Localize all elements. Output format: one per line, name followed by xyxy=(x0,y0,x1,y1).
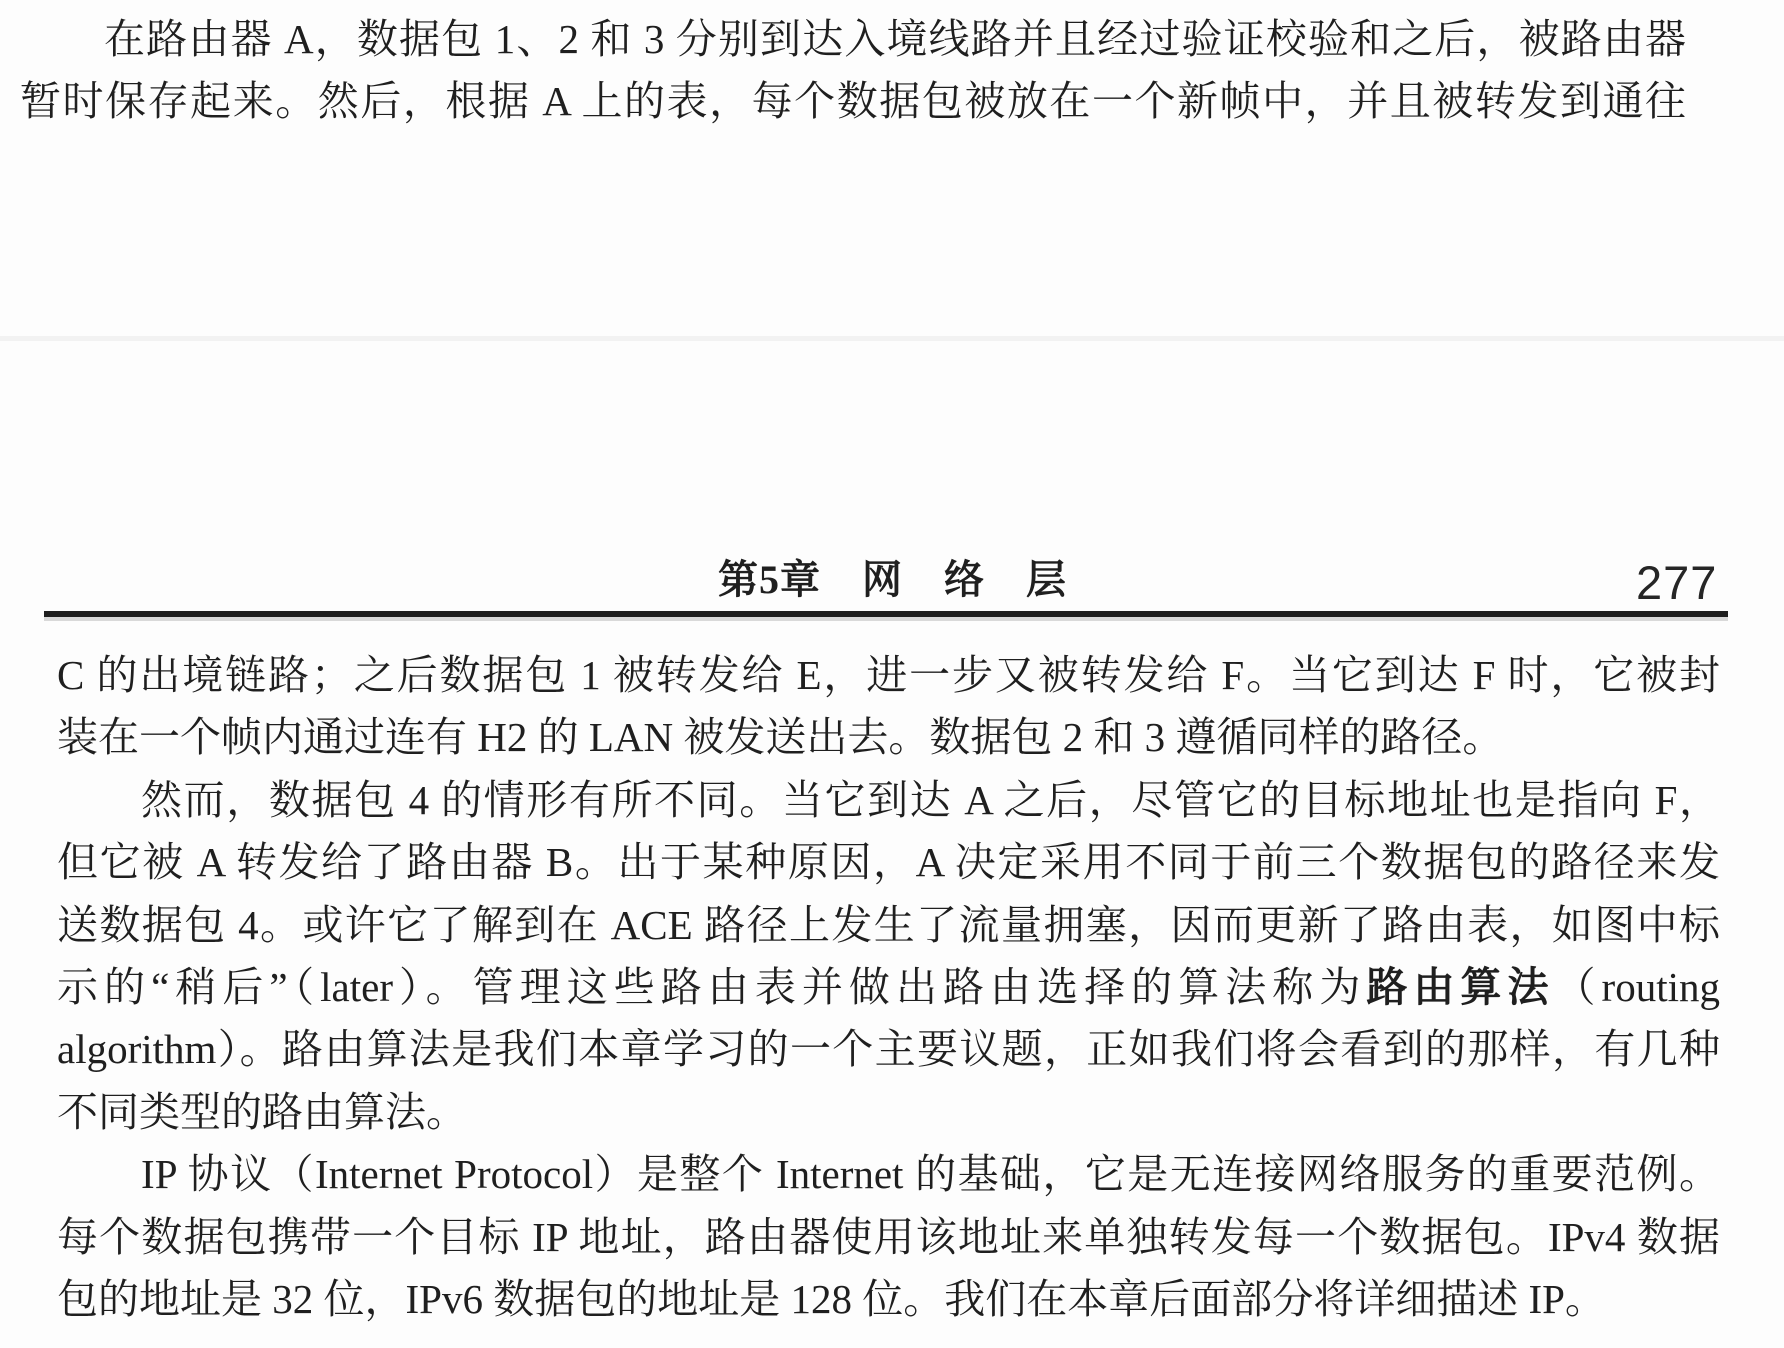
text-line: 送数据包 4。或许它了解到在 ACE 路径上发生了流量拥塞，因而更新了路由表，如… xyxy=(57,894,1720,956)
text-segment: 每个数据包携带一个目标 IP 地址，路由器使用该地址来单独转发每一个数据包。IP… xyxy=(57,1214,1720,1260)
text-segment: 装在一个帧内通过连有 H2 的 LAN 被发送出去。数据包 2 和 3 遵循同样… xyxy=(57,714,1503,760)
scanned-book-page: 在路由器 A，数据包 1、2 和 3 分别到达入境线路并且经过验证校验和之后，被… xyxy=(0,0,1784,1348)
text-line: 但它被 A 转发给了路由器 B。出于某种原因，A 决定采用不同于前三个数据包的路… xyxy=(57,831,1720,893)
text-segment: 包的地址是 32 位，IPv6 数据包的地址是 128 位。我们在本章后面部分将… xyxy=(57,1276,1606,1322)
text-line: 不同类型的路由算法。 xyxy=(57,1081,1720,1143)
header-rule xyxy=(44,611,1728,617)
text-line: 示的“稍后”（later）。管理这些路由表并做出路由选择的算法称为路由算法（ro… xyxy=(57,956,1720,1018)
text-segment: 在路由器 A，数据包 1、2 和 3 分别到达入境线路并且经过验证校验和之后，被… xyxy=(104,16,1686,62)
text-segment: 送数据包 4。或许它了解到在 ACE 路径上发生了流量拥塞，因而更新了路由表，如… xyxy=(57,902,1720,948)
text-segment: 暂时保存起来。然后，根据 A 上的表，每个数据包被放在一个新帧中，并且被转发到通… xyxy=(20,78,1686,124)
text-line: 每个数据包携带一个目标 IP 地址，路由器使用该地址来单独转发每一个数据包。IP… xyxy=(57,1206,1720,1268)
text-line: C 的出境链路；之后数据包 1 被转发给 E，进一步又被转发给 F。当它到达 F… xyxy=(57,644,1720,706)
previous-page-text-fragment: 在路由器 A，数据包 1、2 和 3 分别到达入境线路并且经过验证校验和之后，被… xyxy=(20,8,1686,133)
text-segment: C 的出境链路；之后数据包 1 被转发给 E，进一步又被转发给 F。当它到达 F… xyxy=(57,652,1720,698)
text-segment: 示的“稍后”（later）。管理这些路由表并做出路由选择的算法称为 xyxy=(57,964,1366,1010)
text-segment: 然而，数据包 4 的情形有所不同。当它到达 A 之后，尽管它的目标地址也是指向 … xyxy=(141,777,1720,823)
text-segment: 但它被 A 转发给了路由器 B。出于某种原因，A 决定采用不同于前三个数据包的路… xyxy=(57,839,1720,885)
body-text: C 的出境链路；之后数据包 1 被转发给 E，进一步又被转发给 F。当它到达 F… xyxy=(57,644,1720,1330)
page-seam-divider xyxy=(0,336,1784,341)
text-line: IP 协议（Internet Protocol）是整个 Internet 的基础… xyxy=(57,1143,1720,1205)
bold-term: 路由算法 xyxy=(1366,964,1554,1010)
text-line: 在路由器 A，数据包 1、2 和 3 分别到达入境线路并且经过验证校验和之后，被… xyxy=(20,8,1686,70)
text-line: 暂时保存起来。然后，根据 A 上的表，每个数据包被放在一个新帧中，并且被转发到通… xyxy=(20,70,1686,132)
page-number: 277 xyxy=(1636,558,1717,608)
text-segment: algorithm）。路由算法是我们本章学习的一个主要议题，正如我们将会看到的那… xyxy=(57,1026,1720,1072)
text-segment: IP 协议（Internet Protocol）是整个 Internet 的基础… xyxy=(141,1151,1720,1197)
text-line: 包的地址是 32 位，IPv6 数据包的地址是 128 位。我们在本章后面部分将… xyxy=(57,1268,1720,1330)
text-segment: （routing xyxy=(1555,964,1720,1010)
text-line: algorithm）。路由算法是我们本章学习的一个主要议题，正如我们将会看到的那… xyxy=(57,1018,1720,1080)
text-segment: 不同类型的路由算法。 xyxy=(57,1089,467,1135)
text-line: 然而，数据包 4 的情形有所不同。当它到达 A 之后，尽管它的目标地址也是指向 … xyxy=(57,769,1720,831)
chapter-title: 第5章 网 络 层 xyxy=(718,557,1067,603)
text-line: 装在一个帧内通过连有 H2 的 LAN 被发送出去。数据包 2 和 3 遵循同样… xyxy=(57,706,1720,768)
